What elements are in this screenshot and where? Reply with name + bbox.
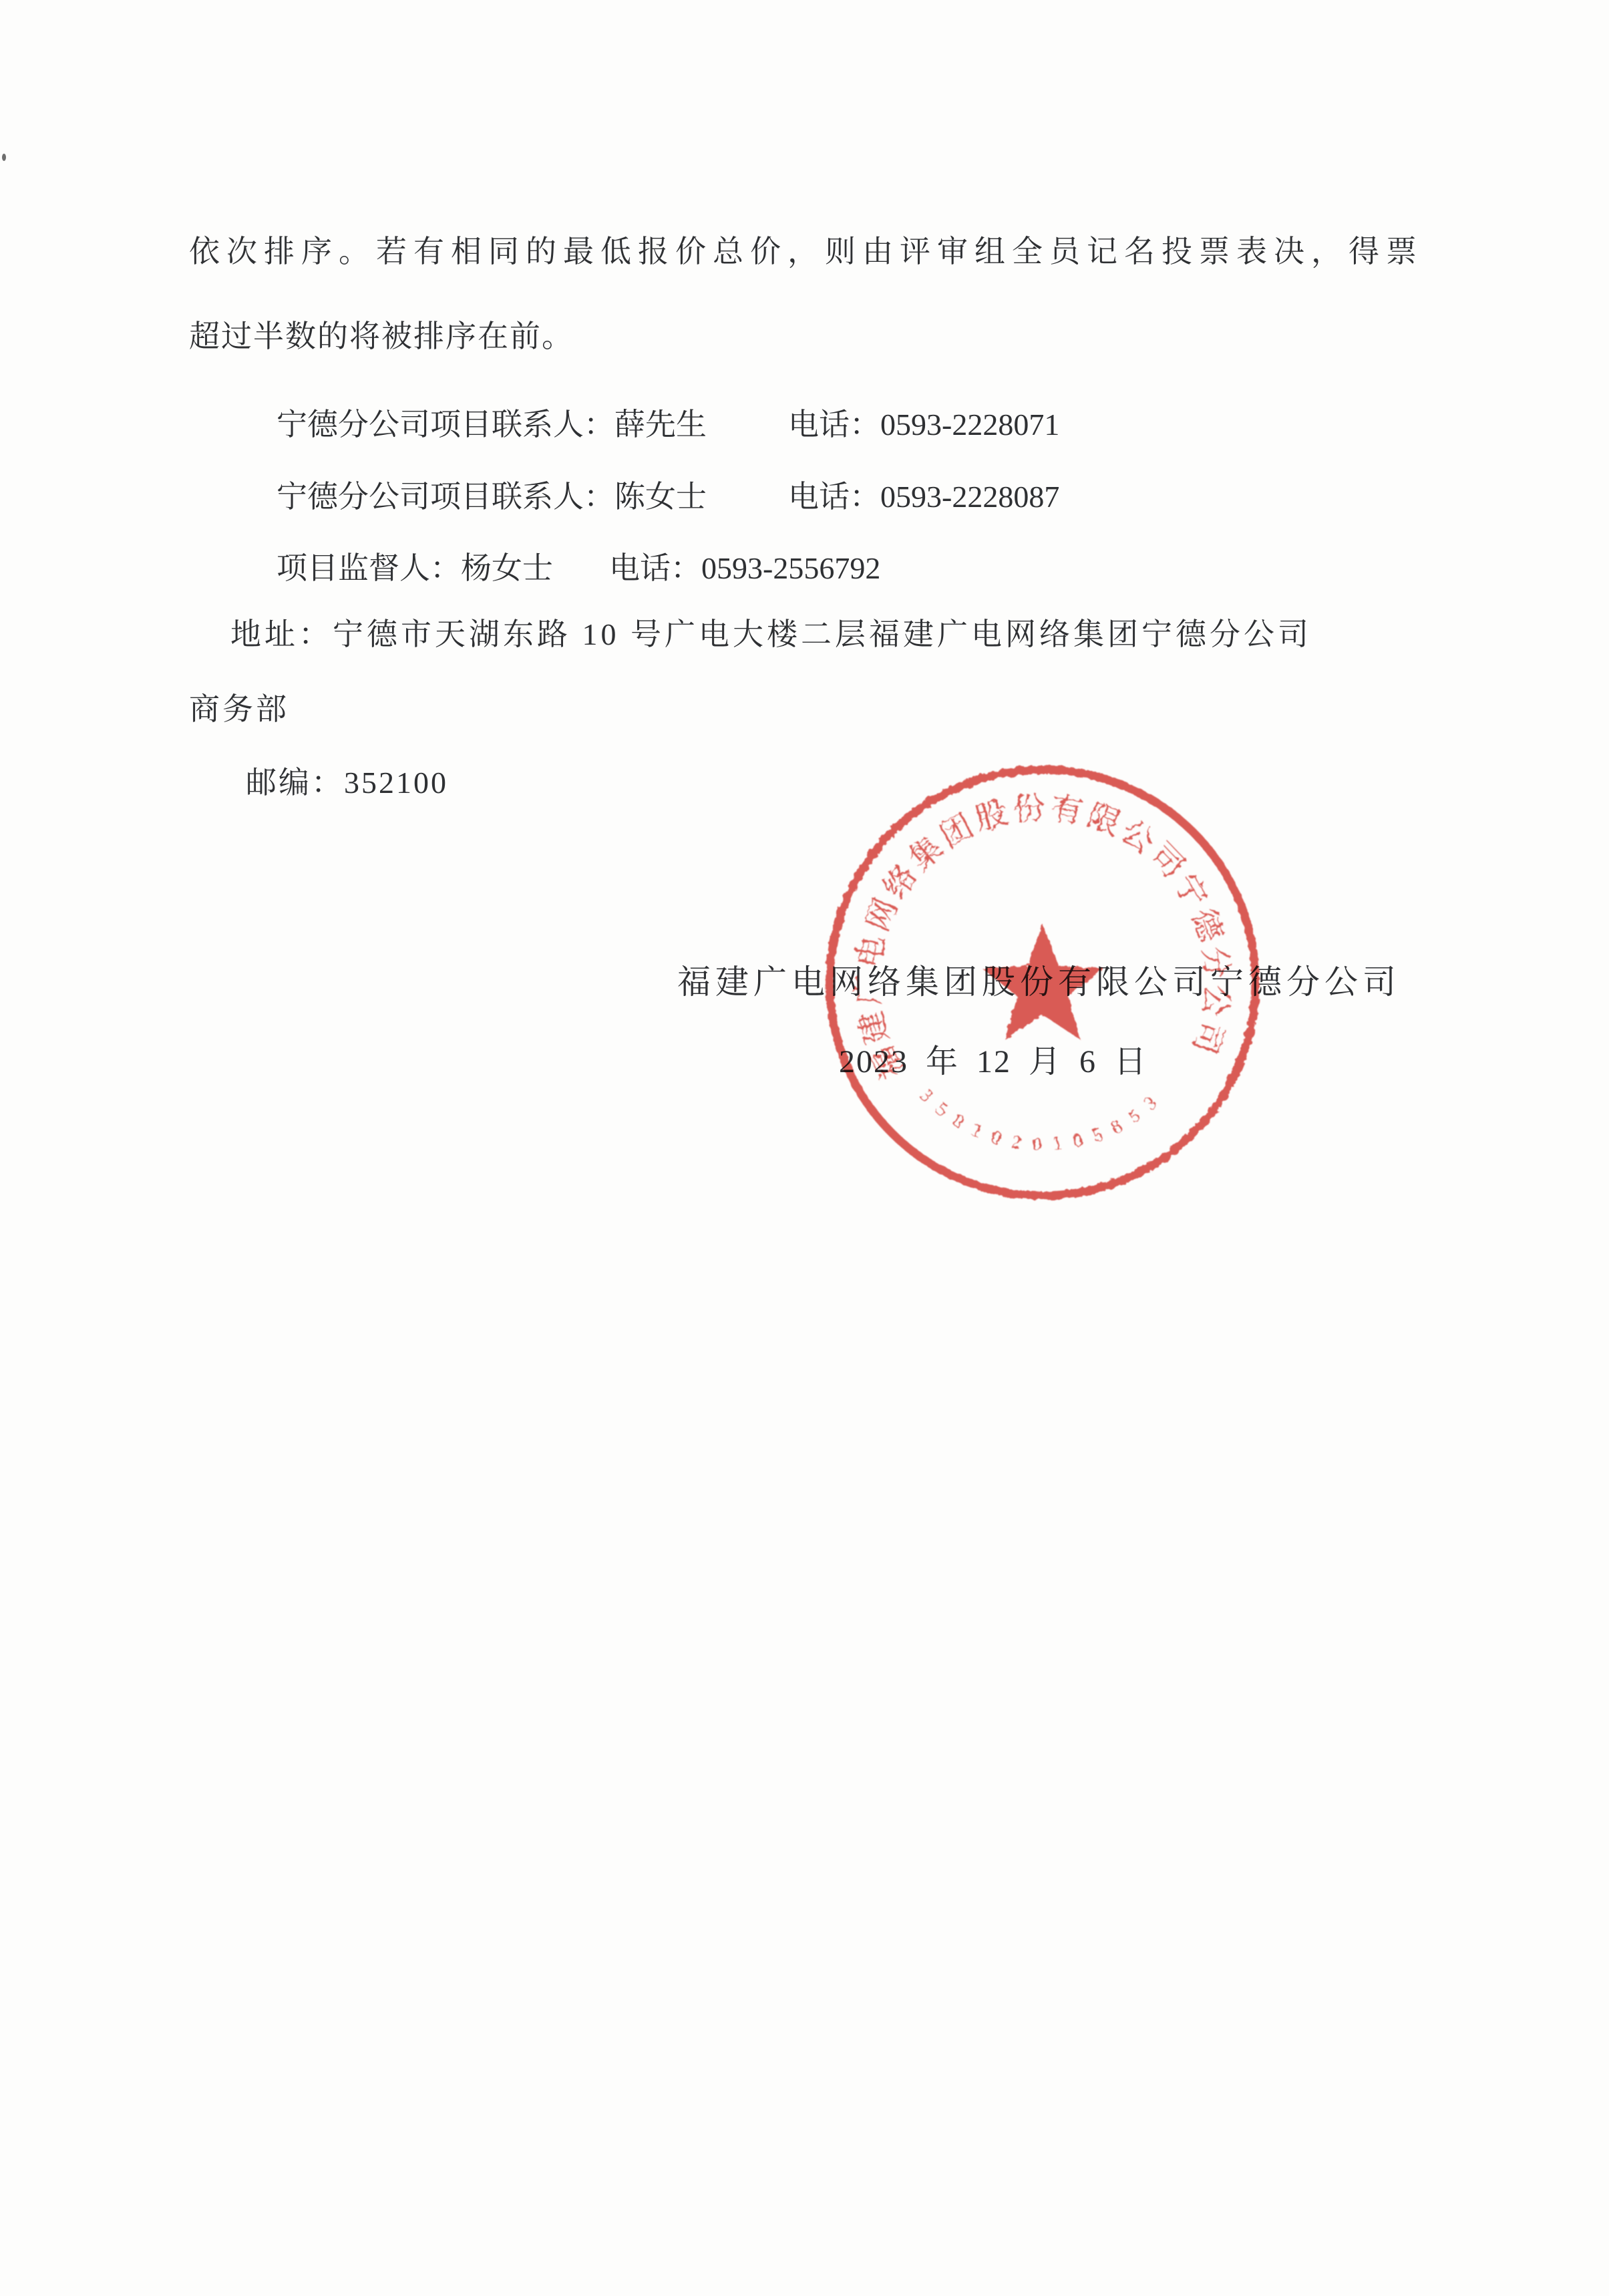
paragraph-line-1: 依次排序。若有相同的最低报价总价，则由评审组全员记名投票表决，得票 [189, 234, 1423, 270]
contact-phone: 电话：0593-2228087 [788, 480, 1059, 514]
contact-phone: 电话：0593-2556792 [609, 551, 880, 585]
postal-code-line: 邮编：352100 [246, 766, 448, 801]
contact-label: 宁德分公司项目联系人：陈女士 [277, 480, 707, 514]
contact-phone: 电话：0593-2228071 [788, 407, 1059, 442]
address-line: 地址：宁德市天湖东路 10 号广电大楼二层福建广电网络集团宁德分公司 [230, 617, 1312, 653]
stamp-serial-number: 3501020105853 [916, 1085, 1164, 1156]
contact-label: 项目监督人：杨女士 [277, 551, 553, 585]
company-seal-stamp: 福建广电网络集团股份有限公司宁德分公司 3501020105853 [818, 758, 1267, 1207]
paragraph-line-2: 超过半数的将被排序在前。 [189, 319, 574, 355]
document-page: 依次排序。若有相同的最低报价总价，则由评审组全员记名投票表决，得票 超过半数的将… [0, 0, 1609, 2296]
scan-speck [2, 154, 6, 161]
contact-label: 宁德分公司项目联系人：薛先生 [277, 407, 707, 442]
address-dept-line: 商务部 [189, 692, 289, 727]
star-icon [982, 924, 1104, 1040]
contact-row-3: 项目监督人：杨女士电话：0593-2556792 [246, 516, 880, 622]
